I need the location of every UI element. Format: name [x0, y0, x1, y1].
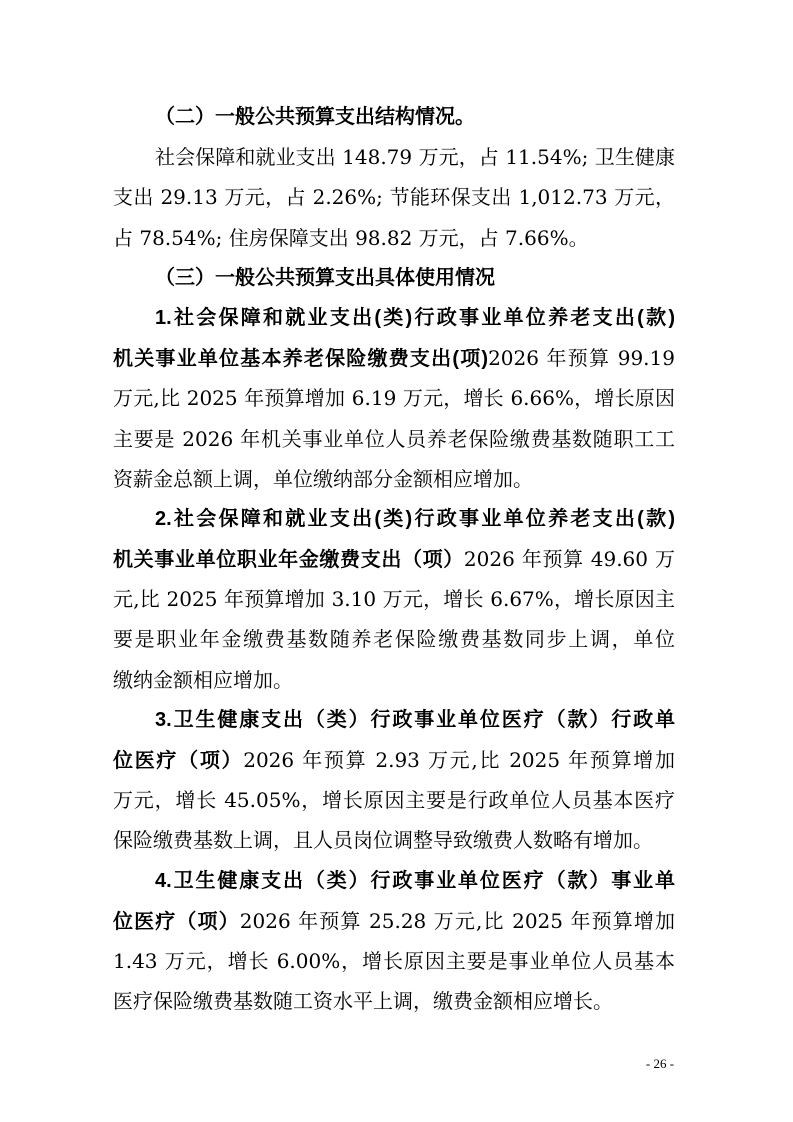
item-4-line-4: 医疗保险缴费基数随工资水平上调，缴费金额相应增长。	[113, 981, 675, 1021]
item-1-line-2: 机关事业单位基本养老保险缴费支出(项)2026 年预算 99.19	[113, 338, 675, 378]
para-structure-line-1: 社会保障和就业支出 148.79 万元，占 11.54%; 卫生健康	[113, 137, 675, 177]
item-3-title-continued: 位医疗（项）	[113, 750, 243, 772]
heading-section-3: （三）一般公共预算支出具体使用情况	[113, 258, 675, 298]
item-2-body-start: 2026 年预算 49.60 万	[464, 547, 675, 571]
item-4-title-continued: 位医疗（项）	[113, 911, 240, 933]
item-4-line-2: 位医疗（项）2026 年预算 25.28 万元,比 2025 年预算增加	[113, 901, 675, 941]
item-1-body-start: 2026 年预算 99.19	[488, 346, 675, 370]
item-2-title-continued: 机关事业单位职业年金缴费支出（项）	[113, 549, 464, 571]
item-1-line-5: 资薪金总额上调，单位缴纳部分金额相应增加。	[113, 459, 675, 499]
item-2-line-3: 元,比 2025 年预算增加 3.10 万元，增长 6.67%，增长原因主	[113, 579, 675, 619]
item-3-line-3: 万元，增长 45.05%，增长原因主要是行政单位人员基本医疗	[113, 780, 675, 820]
document-body: （二）一般公共预算支出结构情况。 社会保障和就业支出 148.79 万元，占 1…	[113, 97, 675, 1021]
item-3-line-1: 3.卫生健康支出（类）行政事业单位医疗（款）行政单	[113, 700, 675, 740]
document-page: （二）一般公共预算支出结构情况。 社会保障和就业支出 148.79 万元，占 1…	[0, 0, 793, 1122]
para-structure-line-2: 支出 29.13 万元，占 2.26%; 节能环保支出 1,012.73 万元，	[113, 177, 675, 217]
para-structure-line-3: 占 78.54%; 住房保障支出 98.82 万元，占 7.66%。	[113, 218, 675, 258]
item-2-line-2: 机关事业单位职业年金缴费支出（项）2026 年预算 49.60 万	[113, 539, 675, 579]
item-3-line-4: 保险缴费基数上调，且人员岗位调整导致缴费人数略有增加。	[113, 820, 675, 860]
item-4-line-3: 1.43 万元，增长 6.00%，增长原因主要是事业单位人员基本	[113, 941, 675, 981]
item-2-line-1: 2.社会保障和就业支出(类)行政事业单位养老支出(款)	[113, 499, 675, 539]
item-1-line-3: 万元,比 2025 年预算增加 6.19 万元，增长 6.66%，增长原因	[113, 378, 675, 418]
item-2-line-4: 要是职业年金缴费基数随养老保险缴费基数同步上调，单位	[113, 619, 675, 659]
item-4-line-1: 4.卫生健康支出（类）行政事业单位医疗（款）事业单	[113, 861, 675, 901]
item-1-title-continued: 机关事业单位基本养老保险缴费支出(项)	[113, 348, 488, 370]
item-3-line-2: 位医疗（项）2026 年预算 2.93 万元,比 2025 年预算增加 0.91	[113, 740, 675, 780]
item-2-line-5: 缴纳金额相应增加。	[113, 660, 675, 700]
item-1-line-1: 1.社会保障和就业支出(类)行政事业单位养老支出(款)	[113, 298, 675, 338]
heading-section-2: （二）一般公共预算支出结构情况。	[113, 97, 675, 137]
item-1-line-4: 主要是 2026 年机关事业单位人员养老保险缴费基数随职工工	[113, 419, 675, 459]
page-number: - 26 -	[620, 1055, 700, 1073]
item-4-body-start: 2026 年预算 25.28 万元,比 2025 年预算增加	[240, 909, 675, 933]
